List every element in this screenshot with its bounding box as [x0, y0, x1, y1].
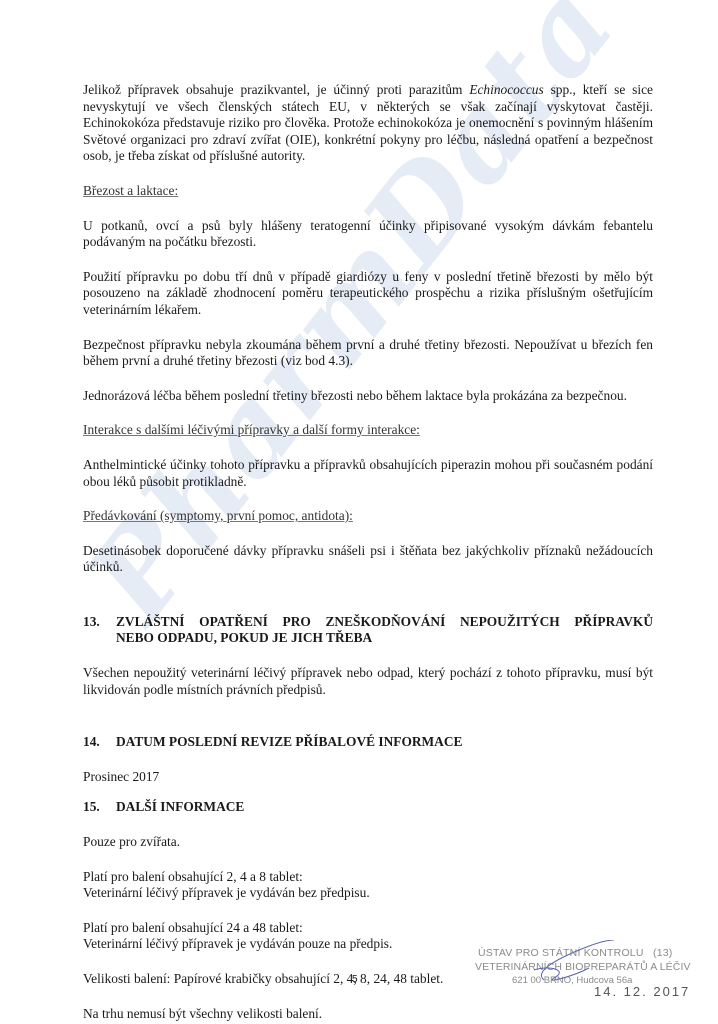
- document-page: Jelikož přípravek obsahuje prazikvantel,…: [83, 82, 653, 1022]
- interactions-paragraph: Anthelmintické účinky tohoto přípravku a…: [83, 457, 653, 490]
- overdose-paragraph: Desetinásobek doporučené dávky přípravku…: [83, 543, 653, 576]
- pregnancy-paragraph: Bezpečnost přípravku nebyla zkoumána běh…: [83, 337, 653, 370]
- section-13-heading: 13. ZVLÁŠTNÍ OPATŘENÍ PRO ZNEŠKODŇOVÁNÍ …: [83, 614, 653, 647]
- intro-italic-genus: Echinococcus: [469, 82, 543, 97]
- section-13-title-line2: NEBO ODPADU, POKUD JE JICH TŘEBA: [116, 630, 653, 647]
- title-word: PRO: [283, 614, 311, 631]
- otc-pack-line: Platí pro balení obsahující 2, 4 a 8 tab…: [83, 869, 653, 886]
- authority-stamp: ÚSTAV PRO STÁTNÍ KONTROLU (13) VETERINÁR…: [470, 946, 710, 999]
- section-13-title-line1: ZVLÁŠTNÍ OPATŘENÍ PRO ZNEŠKODŇOVÁNÍ NEPO…: [116, 614, 653, 631]
- overdose-heading: Předávkování (symptomy, první pomoc, ant…: [83, 508, 653, 525]
- signature-icon: [514, 940, 624, 984]
- title-word: NEPOUŽITÝCH: [460, 614, 560, 631]
- market-note: Na trhu nemusí být všechny velikosti bal…: [83, 1006, 653, 1023]
- pregnancy-heading: Březost a laktace:: [83, 183, 653, 200]
- pregnancy-paragraph: Použití přípravku po dobu tří dnů v příp…: [83, 269, 653, 319]
- title-word: PŘÍPRAVKŮ: [574, 614, 653, 631]
- section-13-paragraph: Všechen nepoužitý veterinární léčivý pří…: [83, 665, 653, 698]
- title-word: OPATŘENÍ: [199, 614, 268, 631]
- title-word: ZNEŠKODŇOVÁNÍ: [326, 614, 446, 631]
- interactions-heading: Interakce s dalšími léčivými přípravky a…: [83, 422, 653, 439]
- otc-dispensing-line: Veterinární léčivý přípravek je vydáván …: [83, 885, 653, 902]
- title-word: ZVLÁŠTNÍ: [116, 614, 184, 631]
- animals-only-note: Pouze pro zvířata.: [83, 834, 653, 851]
- intro-paragraph: Jelikož přípravek obsahuje prazikvantel,…: [83, 82, 653, 165]
- rx-pack-line: Platí pro balení obsahující 24 a 48 tabl…: [83, 920, 653, 937]
- section-14-heading: 14. DATUM POSLEDNÍ REVIZE PŘÍBALOVÉ INFO…: [83, 734, 653, 751]
- section-number: 15.: [83, 799, 116, 816]
- revision-date: Prosinec 2017: [83, 769, 653, 786]
- section-number: 13.: [83, 614, 116, 647]
- stamp-date: 14. 12. 2017: [594, 985, 710, 999]
- pregnancy-paragraph: Jednorázová léčba během poslední třetiny…: [83, 388, 653, 405]
- page-number: 5: [352, 974, 358, 985]
- section-15-title: DALŠÍ INFORMACE: [116, 799, 653, 816]
- stamp-badge: 13: [657, 947, 669, 959]
- intro-text-start: Jelikož přípravek obsahuje prazikvantel,…: [83, 82, 469, 97]
- section-14-title: DATUM POSLEDNÍ REVIZE PŘÍBALOVÉ INFORMAC…: [116, 734, 653, 751]
- section-15-heading: 15. DALŠÍ INFORMACE: [83, 799, 653, 816]
- pregnancy-paragraph: U potkanů, ovcí a psů byly hlášeny terat…: [83, 218, 653, 251]
- section-number: 14.: [83, 734, 116, 751]
